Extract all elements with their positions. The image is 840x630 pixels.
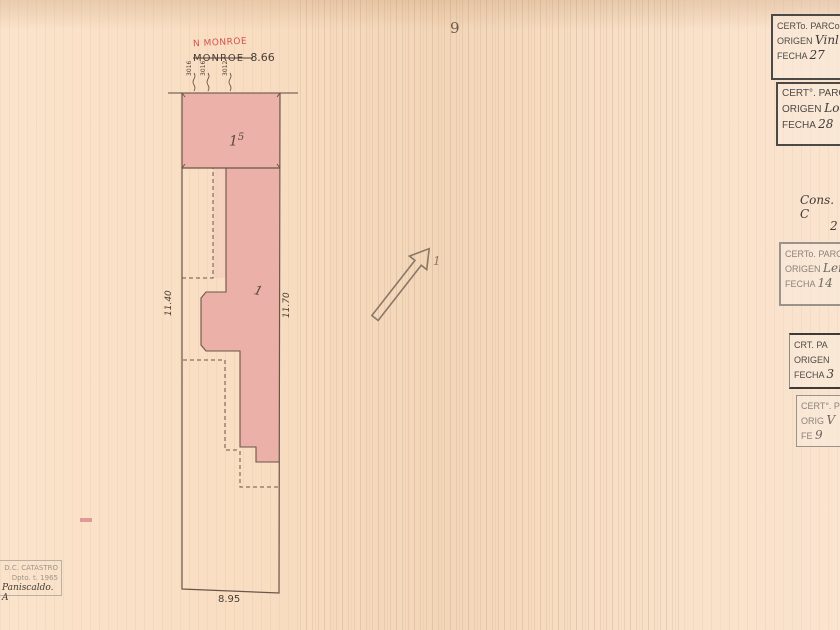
stamp-origin-value: Loc [824,101,840,115]
courtyard-tint [213,168,226,278]
cadastre-office-stamp: D.C. CATASTRO Dpto. t. 1965 Paniscaldo. … [0,560,62,596]
registry-stamp: CRT. PA ORIGEN FECHA 3 [789,333,840,389]
stamp-date-value: 28 [818,117,833,131]
stamp-origin-label: ORIGEN [782,104,821,115]
stamp-origin-value: V [827,413,836,427]
door-number: 3016 [186,61,193,76]
dashed-boundary-lower [183,360,240,450]
registry-stamp: CERTo. PARCo. No ORIGEN Vinl FECHA 27 [771,14,840,80]
stamp-date-label: FECHA [785,279,815,289]
right-side-dimension: 11.70 [282,292,292,318]
door-number: 3012 [222,61,229,76]
stamp-header: CERT°. P [801,399,840,413]
frontage-length: 8.66 [250,51,275,64]
registry-stamp: CERTo. PARC ORIGEN Lei FECHA 14 [779,242,840,306]
unit-number: 1 [229,134,238,150]
stamp-date-label: FE [801,431,813,441]
stamp-header: CRT. PA [794,338,840,352]
registry-stamp: CERT°. P ORIG V FE 9 [796,395,840,447]
stamp-header: CERT°. PARC [782,87,840,101]
stamp-date-label: FECHA [782,120,815,131]
rear-width-dimension: 8.95 [218,594,240,605]
stamp-origin-label: ORIGEN [785,264,821,274]
registry-stamp: CERT°. PARC ORIGEN Loc FECHA 28 [776,82,840,146]
left-side-dimension: 11.40 [164,290,174,316]
stamp-date-value: 3 [827,367,835,381]
red-ink-mark [80,518,92,522]
stamp-date-value: 27 [810,48,825,62]
stamp-origin-label: ORIG [801,416,824,426]
loose-handwritten-note: Cons. C [800,193,840,221]
lot-plan-drawing [0,0,840,630]
door-number-squiggle [229,73,231,91]
unit-label-1-5: 15 [229,132,244,150]
stamp-header: CERTo. PARCo. No [777,19,840,33]
dashed-boundary-upper [182,168,213,278]
office-stamp-line2: Dpto. t. 1965 [2,573,58,583]
stamp-origin-label: ORIGEN [794,355,830,365]
north-arrow-icon [366,242,438,325]
door-number: 3016 [200,61,207,76]
stamp-date-label: FECHA [777,51,807,61]
loose-handwritten-note: 2 [830,219,838,233]
unit-1-5-area [182,93,280,168]
office-stamp-line1: D.C. CATASTRO [2,563,58,573]
stamp-origin-label: ORIGEN [777,36,813,46]
office-stamp-signature: Paniscaldo. A [2,583,58,603]
door-number-squiggle [207,73,209,91]
stamp-origin-value: Vinl [815,33,839,47]
north-arrow-label: 1 [433,254,441,268]
door-number-squiggle [193,73,195,91]
stamp-origin-value: Lei [823,261,840,275]
stamp-date-value: 14 [818,276,833,290]
stamp-date-value: 9 [815,428,823,442]
stamp-date-label: FECHA [794,370,824,380]
stamp-header: CERTo. PARC [785,247,840,261]
unit-superscript: 5 [238,132,244,143]
